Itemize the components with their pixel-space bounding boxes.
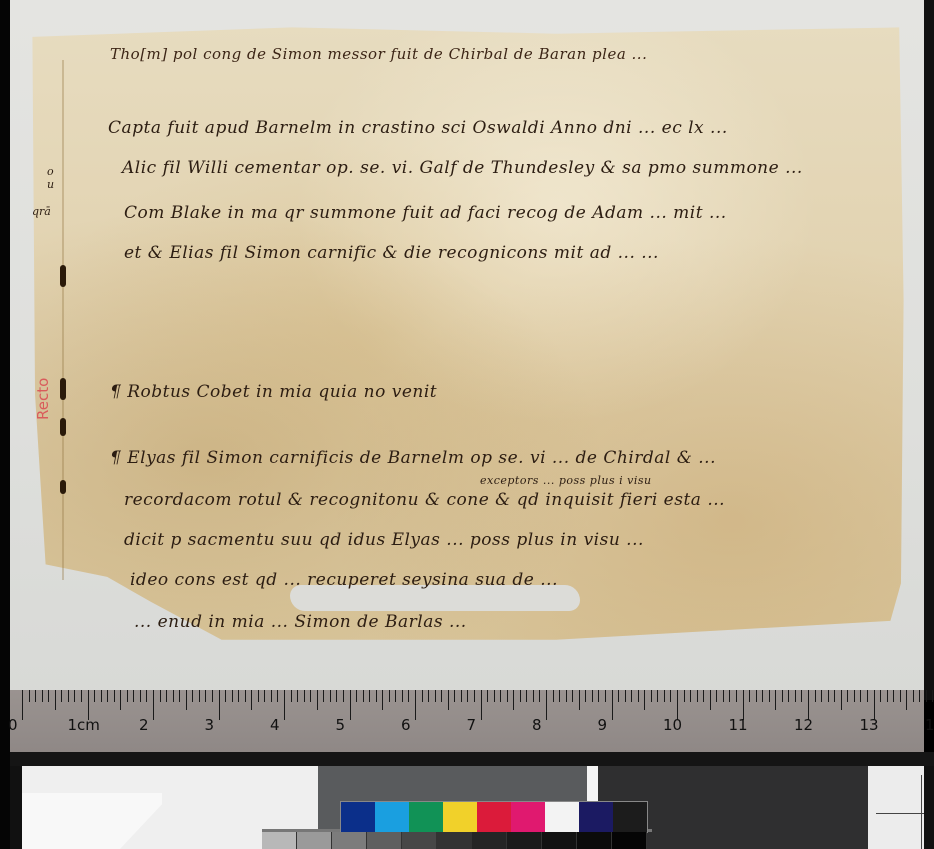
- ruler-tick: [330, 690, 331, 702]
- ruler-label: 14: [925, 716, 934, 734]
- ruler-tick: [343, 690, 344, 702]
- ruler-tick: [356, 690, 357, 702]
- ruler-tick: [205, 690, 206, 702]
- ruler-tick: [559, 690, 560, 702]
- text-line: ... enud in mia ... Simon de Barlas ...: [134, 612, 467, 632]
- ruler-tick: [454, 690, 455, 702]
- heading-line: Tho[m] pol cong de Simon messor fuit de …: [110, 45, 647, 63]
- ruler-tick: [487, 690, 488, 702]
- ruler-tick: [815, 690, 816, 702]
- ruler-tick: [618, 690, 619, 702]
- gray-swatch: [472, 832, 507, 849]
- ruler-tick: [887, 690, 888, 702]
- ruler-tick: [500, 690, 501, 702]
- ruler-tick: [428, 690, 429, 702]
- ruler-tick: [906, 690, 907, 710]
- ruler-tick: [821, 690, 822, 702]
- stitch-hole: [60, 378, 66, 400]
- ruler-tick: [520, 690, 521, 702]
- crosshair-mark: [876, 813, 924, 814]
- ruler-tick: [350, 690, 351, 720]
- ruler-tick: [847, 690, 848, 702]
- ruler-tick: [435, 690, 436, 702]
- ruler-tick: [513, 690, 514, 710]
- ruler-tick: [651, 690, 652, 702]
- ruler-tick: [219, 690, 220, 720]
- ruler-tick: [553, 690, 554, 702]
- ruler-tick: [22, 690, 23, 720]
- ruler-tick: [860, 690, 861, 702]
- ruler-tick: [638, 690, 639, 702]
- ruler-label: 13: [860, 716, 879, 734]
- ruler-tick: [232, 690, 233, 702]
- ruler-tick: [238, 690, 239, 702]
- ruler-tick: [271, 690, 272, 702]
- ruler-tick: [670, 690, 671, 702]
- ruler-tick: [94, 690, 95, 702]
- fold-line: [62, 60, 64, 580]
- ruler-tick: [55, 690, 56, 710]
- ruler-tick: [441, 690, 442, 702]
- ruler-tick: [448, 690, 449, 710]
- color-swatch: [511, 802, 545, 832]
- ruler-tick: [841, 690, 842, 710]
- color-swatch-bar: [340, 801, 648, 833]
- ruler-tick: [572, 690, 573, 702]
- stitch-hole: [60, 418, 66, 436]
- ruler-label: 0: [8, 716, 18, 734]
- ruler-tick: [101, 690, 102, 702]
- right-border: [924, 0, 934, 700]
- ruler-tick: [828, 690, 829, 702]
- ruler-tick: [369, 690, 370, 702]
- margin-note: qrā: [32, 205, 51, 218]
- ruler-tick: [664, 690, 665, 702]
- color-swatch: [443, 802, 477, 832]
- ruler-tick: [729, 690, 730, 702]
- ruler-label: 5: [336, 716, 346, 734]
- ruler-label: 3: [205, 716, 215, 734]
- ruler-tick: [310, 690, 311, 702]
- ruler-tick: [684, 690, 685, 702]
- ruler-tick: [736, 690, 737, 702]
- gray-scale-bar: [262, 832, 647, 849]
- text-line: et & Elias fil Simon carnific & die reco…: [124, 243, 659, 263]
- ruler-tick: [913, 690, 914, 702]
- ruler-tick: [697, 690, 698, 702]
- gray-swatch: [577, 832, 612, 849]
- color-swatch: [579, 802, 613, 832]
- ruler-tick: [723, 690, 724, 702]
- ruler-tick: [775, 690, 776, 710]
- ruler-tick: [179, 690, 180, 702]
- ruler-tick: [389, 690, 390, 702]
- ruler-tick: [566, 690, 567, 702]
- ruler-tick: [402, 690, 403, 702]
- ruler-label: 8: [532, 716, 542, 734]
- ruler-tick: [81, 690, 82, 702]
- ruler-tick: [716, 690, 717, 702]
- ruler-tick: [756, 690, 757, 702]
- color-swatch: [545, 802, 579, 832]
- ruler-tick: [893, 690, 894, 702]
- ruler-tick: [834, 690, 835, 702]
- gray-swatch: [332, 832, 367, 849]
- ruler-tick: [153, 690, 154, 720]
- ruler-tick: [605, 690, 606, 702]
- text-line: dicit p sacmentu suu qd idus Elyas ... p…: [124, 530, 644, 550]
- ruler-tick: [612, 690, 613, 720]
- color-swatch: [341, 802, 375, 832]
- text-line: ¶ Robtus Cobet in mia quia no venit: [110, 382, 437, 402]
- ruler-tick: [631, 690, 632, 702]
- ruler-tick: [277, 690, 278, 702]
- ruler-tick: [539, 690, 540, 702]
- ruler-tick: [29, 690, 30, 702]
- ruler-tick: [533, 690, 534, 702]
- ruler-tick: [297, 690, 298, 702]
- stitch-hole: [60, 265, 66, 287]
- ruler-tick: [481, 690, 482, 720]
- ruler-tick: [127, 690, 128, 702]
- gray-swatch: [297, 832, 332, 849]
- ruler-tick: [284, 690, 285, 720]
- ruler-tick: [114, 690, 115, 702]
- ruler-tick: [186, 690, 187, 710]
- ruler-tick: [867, 690, 868, 702]
- ruler-tick: [690, 690, 691, 702]
- ruler-tick: [395, 690, 396, 702]
- ruler-tick: [146, 690, 147, 702]
- white-reference-card: [868, 766, 924, 849]
- ruler-tick: [788, 690, 789, 702]
- ruler-tick: [35, 690, 36, 702]
- margin-note: u: [47, 178, 54, 191]
- ruler-tick: [199, 690, 200, 702]
- gray-swatch: [367, 832, 402, 849]
- text-line: Capta fuit apud Barnelm in crastino sci …: [108, 118, 728, 138]
- text-line: ¶ Elyas fil Simon carnificis de Barnelm …: [110, 448, 716, 468]
- ruler-tick: [880, 690, 881, 702]
- text-line: Com Blake in ma qr summone fuit ad faci …: [124, 203, 727, 223]
- gray-swatch: [437, 832, 472, 849]
- ruler-tick: [579, 690, 580, 710]
- ruler-tick: [644, 690, 645, 710]
- ruler-tick: [703, 690, 704, 702]
- color-swatch: [613, 802, 647, 832]
- ruler-tick: [323, 690, 324, 702]
- ruler-tick: [415, 690, 416, 720]
- color-swatch: [375, 802, 409, 832]
- ruler-tick: [264, 690, 265, 702]
- color-swatch: [477, 802, 511, 832]
- ruler-tick: [245, 690, 246, 702]
- ruler-tick: [166, 690, 167, 702]
- ruler-tick: [304, 690, 305, 702]
- ruler-tick: [61, 690, 62, 702]
- ruler-tick: [225, 690, 226, 702]
- ruler-tick: [801, 690, 802, 702]
- ruler-tick: [291, 690, 292, 702]
- ruler-label: 9: [598, 716, 608, 734]
- ruler-tick: [546, 690, 547, 720]
- ruler-tick: [461, 690, 462, 702]
- ruler-tick: [133, 690, 134, 702]
- ruler-tick: [382, 690, 383, 710]
- ruler-tick: [749, 690, 750, 702]
- white-strip: [587, 766, 598, 806]
- text-line: Alic fil Willi cementar op. se. vi. Galf…: [122, 158, 803, 178]
- ruler-shadow: [10, 752, 934, 766]
- ruler-tick: [173, 690, 174, 702]
- ruler-tick: [494, 690, 495, 702]
- ruler-tick: [42, 690, 43, 702]
- ruler-tick: [120, 690, 121, 710]
- ruler-tick: [408, 690, 409, 702]
- ruler-tick: [422, 690, 423, 702]
- ruler-tick: [900, 690, 901, 702]
- parchment-fragment: [28, 18, 908, 646]
- gray-swatch: [507, 832, 542, 849]
- ruler-tick: [317, 690, 318, 710]
- ruler-tick: [769, 690, 770, 702]
- ruler-label: 1cm: [68, 716, 100, 734]
- ruler-label: 11: [729, 716, 748, 734]
- ruler-tick: [48, 690, 49, 702]
- interlinear-note: exceptors ... poss plus i visu: [480, 474, 652, 487]
- ruler-tick: [926, 690, 927, 702]
- measuring-ruler: 01cm234567891011121314: [10, 690, 924, 752]
- ruler-label: 7: [467, 716, 477, 734]
- ruler-tick: [507, 690, 508, 702]
- ruler-label: 10: [663, 716, 682, 734]
- gray-swatch: [542, 832, 577, 849]
- gray-swatch: [612, 832, 647, 849]
- ruler-label: 4: [270, 716, 280, 734]
- ruler-tick: [526, 690, 527, 702]
- color-swatch: [409, 802, 443, 832]
- ruler-tick: [212, 690, 213, 702]
- ruler-tick: [782, 690, 783, 702]
- ruler-tick: [854, 690, 855, 702]
- ruler-tick: [160, 690, 161, 702]
- gray-swatch: [262, 832, 297, 849]
- ruler-tick: [657, 690, 658, 702]
- margin-note: o: [47, 165, 54, 178]
- ruler-tick: [467, 690, 468, 702]
- ruler-label: 2: [139, 716, 149, 734]
- ruler-tick: [68, 690, 69, 702]
- text-line: recordacom rotul & recognitonu & cone & …: [124, 490, 725, 510]
- text-line: ideo cons est qd ... recuperet seysina s…: [130, 570, 558, 590]
- ruler-tick: [336, 690, 337, 702]
- ruler-tick: [474, 690, 475, 702]
- ruler-tick: [258, 690, 259, 702]
- ruler-tick: [598, 690, 599, 702]
- stitch-hole: [60, 480, 66, 494]
- ruler-tick: [932, 690, 933, 702]
- ruler-tick: [192, 690, 193, 702]
- ruler-tick: [762, 690, 763, 702]
- gray-swatch: [402, 832, 437, 849]
- ruler-tick: [625, 690, 626, 702]
- ruler-tick: [710, 690, 711, 710]
- ruler-tick: [376, 690, 377, 702]
- ruler-tick: [251, 690, 252, 710]
- ruler-tick: [585, 690, 586, 702]
- ruler-tick: [795, 690, 796, 702]
- ruler-label: 6: [401, 716, 411, 734]
- ruler-tick: [107, 690, 108, 702]
- ruler-tick: [363, 690, 364, 702]
- ruler-tick: [919, 690, 920, 702]
- recto-annotation: Recto: [34, 378, 52, 420]
- ruler-tick: [140, 690, 141, 702]
- ruler-tick: [592, 690, 593, 702]
- ruler-tick: [74, 690, 75, 702]
- ruler-label: 12: [794, 716, 813, 734]
- crosshair-mark: [921, 775, 922, 849]
